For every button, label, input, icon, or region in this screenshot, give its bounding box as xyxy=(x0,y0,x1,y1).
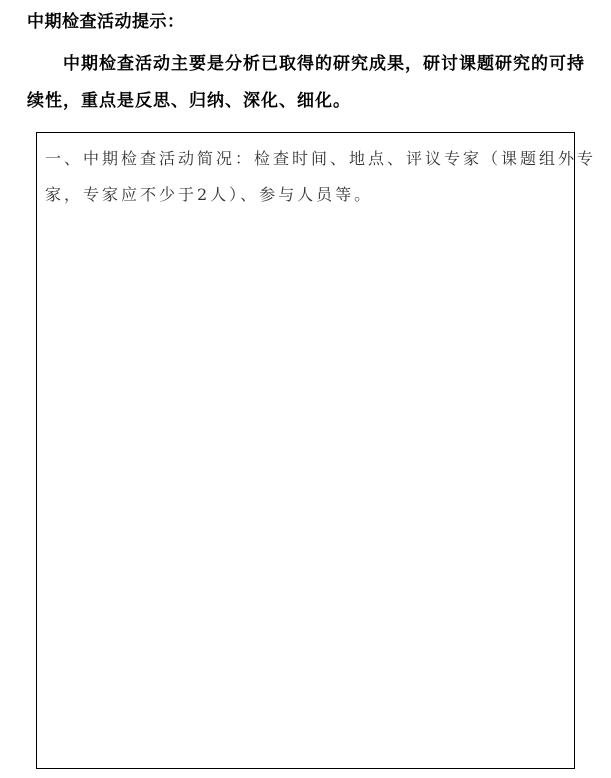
page-heading: 中期检查活动提示： xyxy=(27,10,185,34)
section-one-form-box: 一、中期检查活动简况：检查时间、地点、评议专家（课题组外专 家，专家应不少于2人… xyxy=(36,132,575,769)
intro-paragraph-line-1: 中期检查活动主要是分析已取得的研究成果，研讨课题研究的可持 xyxy=(27,46,587,83)
section-one-title-line-2: 家，专家应不少于2人）、参与人员等。 xyxy=(45,177,570,213)
section-one-title-line-1: 一、中期检查活动简况：检查时间、地点、评议专家（课题组外专 xyxy=(45,141,570,177)
intro-paragraph-line-2: 续性，重点是反思、归纳、深化、细化。 xyxy=(27,83,587,120)
intro-paragraph: 中期检查活动主要是分析已取得的研究成果，研讨课题研究的可持 续性，重点是反思、归… xyxy=(27,46,587,120)
section-one-title: 一、中期检查活动简况：检查时间、地点、评议专家（课题组外专 家，专家应不少于2人… xyxy=(45,141,570,213)
